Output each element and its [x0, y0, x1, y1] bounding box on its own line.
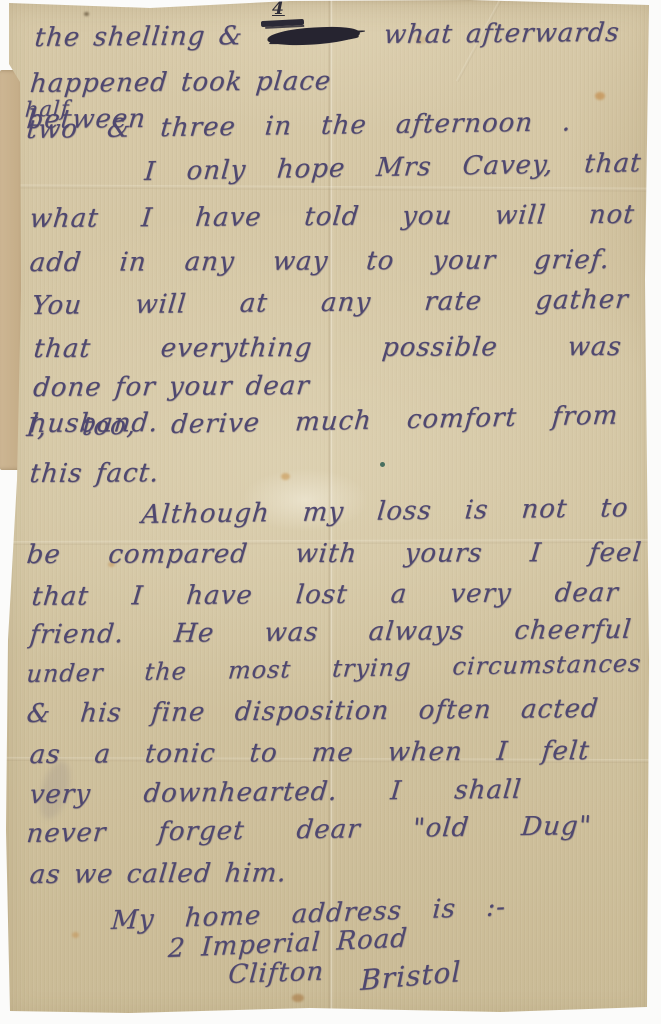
page-number: 4	[272, 0, 285, 18]
letter-line: that I have lost a very dear	[30, 575, 621, 615]
letter-line: what I have told you will not	[28, 197, 637, 237]
letter-line-address: Clifton	[227, 954, 325, 993]
scribbled-out-word	[267, 25, 360, 47]
letter-line: I only hope Mrs Cavey, that	[143, 145, 643, 190]
stain-spot	[595, 92, 605, 100]
letter-line-address: Bristol	[360, 954, 462, 999]
ink-speck	[380, 462, 385, 467]
letter-line: two & three in the afternoon .	[25, 104, 573, 148]
stain-spot	[84, 12, 89, 16]
letter-line: as a tonic to me when I felt	[28, 733, 592, 773]
letter-line: never forget dear "old Dug"	[25, 808, 593, 852]
letter-line: be compared with yours I feel	[25, 535, 644, 573]
letter-line: this fact.	[28, 455, 161, 492]
stain-spot	[281, 473, 290, 480]
letter-text: the shelling &	[33, 18, 245, 56]
letter-line: that everything possible was	[32, 329, 624, 367]
letter-line: Although my loss is not to	[140, 490, 630, 533]
letter-text: what afterwards	[382, 15, 621, 53]
stain-spot	[292, 994, 304, 1002]
scan-background: 4 the shelling & what afterwards happene…	[0, 0, 661, 1024]
letter-line: under the most trying circumstances	[25, 645, 643, 692]
letter-line: You will at any rate gather	[30, 282, 630, 324]
letter-line: add in any way to your grief.	[28, 242, 612, 281]
letter-line: the shelling & what afterwards	[33, 15, 621, 56]
letter-line: very downhearted. I shall	[28, 772, 523, 813]
letter-line: & his fine disposition often acted	[25, 691, 600, 732]
letter-line: as we called him.	[28, 855, 289, 893]
letter-page: 4 the shelling & what afterwards happene…	[0, 0, 661, 1024]
stain-spot	[72, 932, 79, 938]
